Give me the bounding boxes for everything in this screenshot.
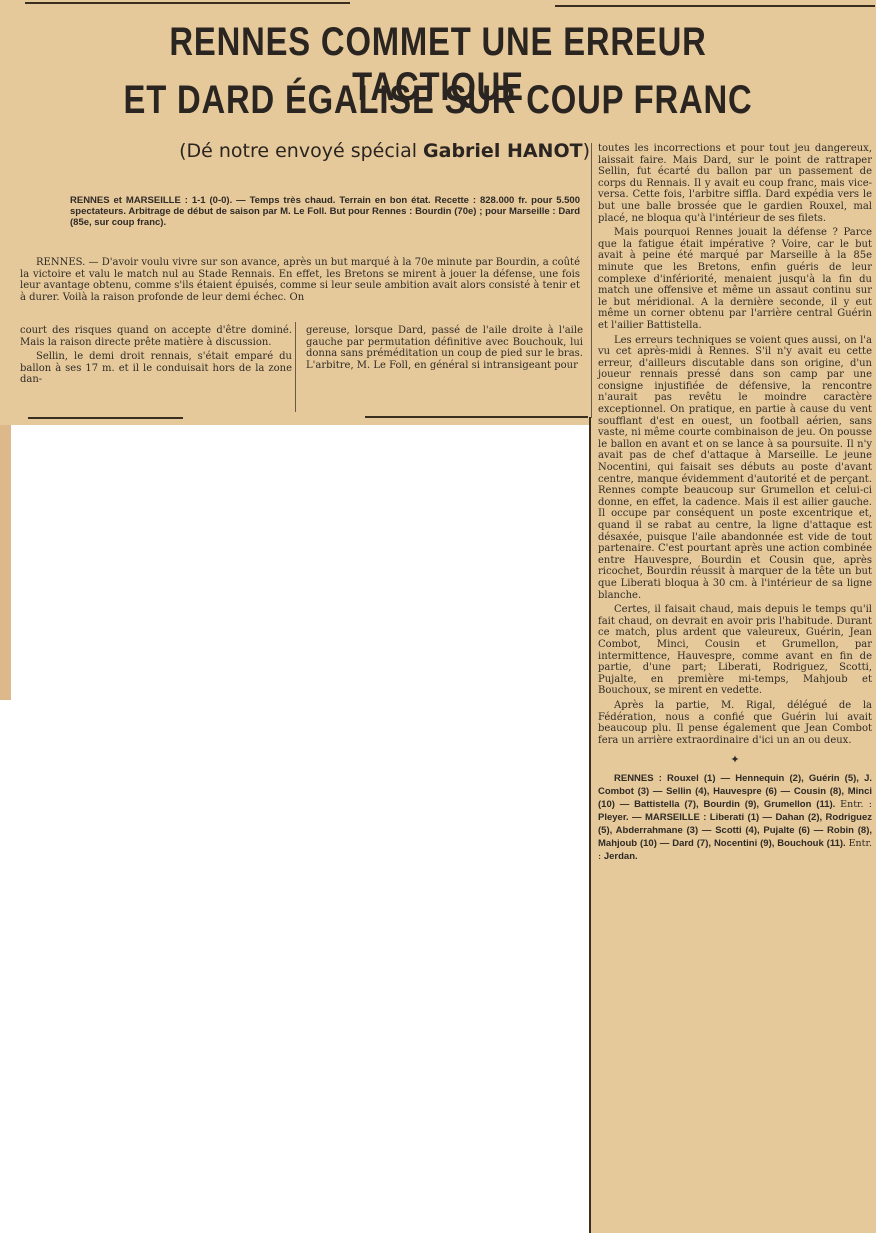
byline-suffix: ) (583, 140, 590, 162)
paragraph: court des risques quand on accepte d'êtr… (20, 325, 292, 348)
column-1: court des risques quand on accepte d'êtr… (20, 325, 292, 386)
match-summary: RENNES et MARSEILLE : 1-1 (0-0). — Temps… (70, 195, 580, 228)
marseille-lineup: Pleyer. — MARSEILLE : Liberati (1) — Dah… (598, 812, 872, 849)
coach-label: Entr. : (840, 799, 872, 810)
marseille-coach: Jerdan. (601, 851, 637, 862)
team-lineups: RENNES : Rouxel (1) — Hennequin (2), Gué… (598, 772, 872, 863)
paragraph: Certes, il faisait chaud, mais depuis le… (598, 604, 872, 697)
byline-prefix: (Dé notre envoyé spécial (179, 140, 423, 162)
rennes-lineup: RENNES : Rouxel (1) — Hennequin (2), Gué… (598, 773, 872, 810)
column-2: gereuse, lorsque Dard, passé de l'aile d… (306, 325, 583, 371)
byline: (Dé notre envoyé spécial Gabriel HANOT) (110, 140, 590, 162)
column-border (589, 417, 591, 1233)
lead-text: RENNES. — D'avoir voulu vivre sur son av… (20, 257, 580, 303)
paragraph: Mais pourquoi Rennes jouait la défense ?… (598, 227, 872, 331)
paragraph: Après la partie, M. Rigal, délégué de la… (598, 700, 872, 746)
separator-ornament-icon: ✦ (598, 754, 872, 766)
newspaper-edge (0, 425, 11, 700)
paragraph: toutes les incorrections et pour tout je… (598, 143, 872, 224)
column-3: toutes les incorrections et pour tout je… (598, 143, 872, 863)
bottom-rule-left (28, 417, 183, 419)
column-divider (295, 322, 296, 412)
column-divider-right (591, 143, 592, 418)
paragraph: Sellin, le demi droit rennais, s'était e… (20, 351, 292, 386)
headline-line-2: ET DARD ÉGALISE SUR COUP FRANC (79, 78, 797, 123)
byline-author: Gabriel HANOT (423, 140, 583, 162)
bottom-rule-right (365, 416, 588, 418)
paragraph: gereuse, lorsque Dard, passé de l'aile d… (306, 325, 583, 371)
lead-paragraph: RENNES. — D'avoir voulu vivre sur son av… (20, 257, 580, 303)
blank-area (11, 427, 590, 1233)
top-rule-right (555, 5, 875, 7)
top-rule-left (25, 2, 350, 4)
paragraph: Les erreurs techniques se voient ques au… (598, 335, 872, 602)
